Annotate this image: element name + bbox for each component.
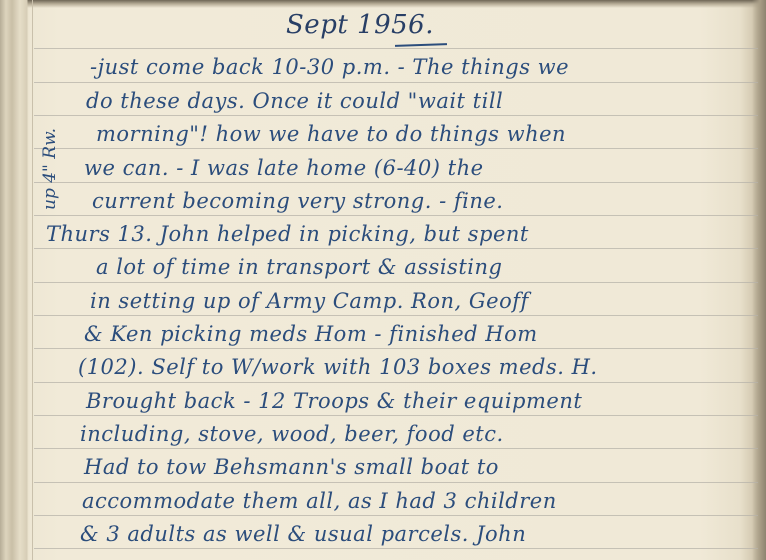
diary-line: we can. - I was late home (6-40) the [84, 153, 484, 183]
ruled-line [34, 482, 758, 483]
margin-rule [32, 0, 33, 560]
diary-line: -just come back 10-30 p.m. - The things … [90, 52, 569, 82]
date-heading: Sept 1956. [286, 10, 434, 40]
diary-line: morning"! how we have to do things when [96, 119, 566, 149]
diary-line: including, stove, wood, beer, food etc. [80, 419, 504, 449]
ruled-line [34, 382, 758, 383]
date-underline [395, 43, 447, 47]
diary-line: Thurs 13. John helped in picking, but sp… [46, 219, 529, 249]
book-spine-edge [0, 0, 28, 560]
diary-page: Sept 1956. up 4" Rw. -just come back 10-… [0, 0, 766, 560]
diary-line: accommodate them all, as I had 3 childre… [82, 486, 557, 516]
diary-line: current becoming very strong. - fine. [92, 186, 503, 216]
ruled-line [34, 82, 758, 83]
ruled-line [34, 282, 758, 283]
margin-note: up 4" Rw. [40, 128, 60, 210]
diary-line: & 3 adults as well & usual parcels. John [80, 519, 526, 549]
diary-line: Brought back - 12 Troops & their equipme… [86, 386, 582, 416]
diary-line: do these days. Once it could "wait till [86, 86, 503, 116]
ruled-line [34, 48, 758, 49]
page-top-shadow [0, 0, 766, 8]
diary-line: in setting up of Army Camp. Ron, Geoff [90, 286, 529, 316]
diary-line: & Ken picking meds Hom - finished Hom [84, 319, 538, 349]
diary-line: Had to tow Behsmann's small boat to [84, 452, 499, 482]
page-right-edge [752, 0, 766, 560]
diary-line: (102). Self to W/work with 103 boxes med… [78, 352, 598, 382]
diary-line: a lot of time in transport & assisting [96, 252, 502, 282]
